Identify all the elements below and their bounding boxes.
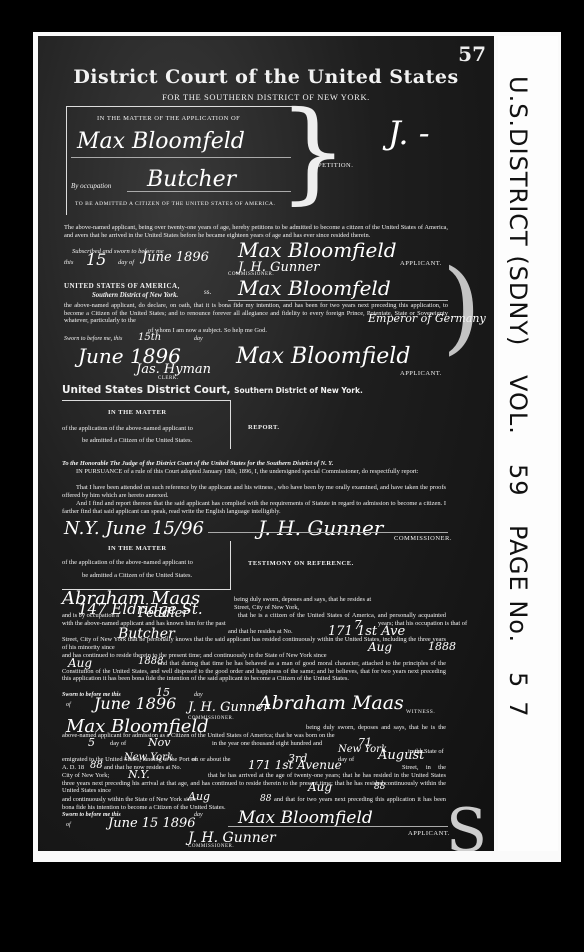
character-text: and that during that time he has behaved… xyxy=(62,660,446,683)
report-box-line1: of the application of the above-named ap… xyxy=(62,425,193,432)
document-sheet: 57 District Court of the United States F… xyxy=(38,36,494,851)
report-para3: And I find and report thereon that the s… xyxy=(62,500,446,515)
spine-page-label: PAGE No. xyxy=(504,525,532,643)
resides-text: and that he resides at No. xyxy=(228,628,293,636)
page-number: 57 xyxy=(458,42,486,66)
petition-day: 15 xyxy=(86,250,106,269)
oath-jurisdiction: UNITED STATES OF AMERICA, xyxy=(64,282,180,290)
day-of-label: day of xyxy=(118,259,134,266)
witness-text: being duly sworn, deposes and says, that… xyxy=(234,596,371,604)
spine-volume-label: VOL. xyxy=(504,375,532,435)
birth-day-of-label: day of xyxy=(110,740,126,748)
us-since-year: 88 xyxy=(374,782,385,792)
testimony-box-heading: IN THE MATTER xyxy=(108,545,167,552)
us-since-month: Aug xyxy=(308,780,332,794)
testimony-witness-signature: Abraham Maas xyxy=(258,692,404,714)
oath-declarant: Max Bloomfeld xyxy=(238,276,391,300)
petition-box: IN THE MATTER OF THE APPLICATION OF Max … xyxy=(66,106,293,215)
report-commissioner-signature: J. H. Gunner xyxy=(258,516,383,540)
document-subtitle: FOR THE SOUTHERN DISTRICT OF NEW YORK. xyxy=(38,92,494,102)
applicant-name: Max Bloomfeld xyxy=(77,129,245,154)
petition-brace: } xyxy=(278,116,348,186)
annotation-mark: J. - xyxy=(388,114,430,152)
document-title: District Court of the United States xyxy=(38,66,494,88)
petition-applicant-label: APPLICANT. xyxy=(400,260,442,267)
oath-day: 15th xyxy=(138,332,161,343)
petition-applicant-signature: Max Bloomfield xyxy=(238,238,397,262)
oath-body-end: of whom I am now a subject. So help me G… xyxy=(148,327,267,335)
spine-page: 57 xyxy=(504,672,532,731)
testimony-date: June 1896 xyxy=(94,694,176,713)
applicant-intro: being duly sworn, deposes and says, that… xyxy=(62,724,446,739)
report-address: To the Honorable The Judge of the Distri… xyxy=(62,460,452,468)
spine-text: U.S.DISTRICT (SDNY) VOL. 59 PAGE No. 57 xyxy=(504,76,532,750)
continued-text: and has continued to reside therein to t… xyxy=(62,652,446,660)
birth-year-text: in the year one thousand eight hundred a… xyxy=(212,740,322,748)
report-box-line2: be admitted a Citizen of the United Stat… xyxy=(82,437,192,444)
petition-box-heading: IN THE MATTER OF THE APPLICATION OF xyxy=(97,115,240,122)
arrival-state: New York xyxy=(124,752,173,763)
spine-court: U.S.DISTRICT (SDNY) xyxy=(504,76,532,346)
applicant-final-signature: Max Bloomfield xyxy=(238,808,373,828)
testimony-witness-label: WITNESS. xyxy=(406,709,435,715)
applicant-sworn-date: June 15 1896 xyxy=(108,816,196,831)
petition-box-footer: TO BE ADMITTED A CITIZEN OF THE UNITED S… xyxy=(75,201,275,207)
applicant-commissioner-label: COMMISSIONER. xyxy=(188,844,234,849)
petition-date: June 1896 xyxy=(142,250,209,265)
report-commissioner-label: COMMISSIONER. xyxy=(394,535,452,542)
spine-label-strip: U.S.DISTRICT (SDNY) VOL. 59 PAGE No. 57 xyxy=(498,36,558,851)
arrival-month: August xyxy=(378,748,424,763)
oath-day-label: day xyxy=(194,336,203,342)
testimony-box-line2: be admitted a Citizen of the United Stat… xyxy=(82,572,192,579)
testimony-commissioner-signature: J. H. Gunner xyxy=(188,700,269,715)
report-para2: That I have been attended on such refere… xyxy=(62,484,446,499)
oath-district: Southern District of New York. xyxy=(92,292,178,299)
report-para1: IN PURSUANCE of a rule of this Court ado… xyxy=(62,468,446,476)
witness-street-text: Street, City of New York, xyxy=(234,604,299,612)
applicant-brace: S xyxy=(446,796,487,851)
oath-brace: ) xyxy=(442,272,481,342)
petition-label: PETITION. xyxy=(318,162,353,169)
oath-sworn-label: Sworn to before me, this xyxy=(64,336,122,342)
occupation-label: By occupation xyxy=(71,182,111,190)
testimony-day-label: day xyxy=(194,692,203,698)
report-box-heading: IN THE MATTER xyxy=(108,409,167,416)
oath-clerk-label: CLERK. xyxy=(158,376,179,381)
report-box: IN THE MATTER of the application of the … xyxy=(62,400,231,449)
oath-ss: ss. xyxy=(204,288,211,296)
report-label: REPORT. xyxy=(248,424,280,431)
this-label: this xyxy=(64,259,73,266)
testimony-box-line1: of the application of the above-named ap… xyxy=(62,559,193,566)
report-court-heading: United States District Court, Southern D… xyxy=(62,384,363,396)
applicant-final-label: APPLICANT. xyxy=(408,830,450,837)
spine-volume: 59 xyxy=(504,464,532,497)
oath-applicant-label: APPLICANT. xyxy=(400,370,442,377)
report-court-name: United States District Court, xyxy=(62,384,230,396)
oath-clerk-signature: Jas. Hyman xyxy=(136,362,211,377)
testimony-box: IN THE MATTER of the application of the … xyxy=(62,541,231,590)
applicant-of-label: of xyxy=(66,822,71,828)
about-text: on or about the xyxy=(192,756,231,764)
report-court-district: Southern District of New York. xyxy=(234,386,363,395)
testimony-label: TESTIMONY ON REFERENCE. xyxy=(248,560,354,567)
testimony-of-label: of xyxy=(66,702,71,708)
oath-applicant-signature: Max Bloomfield xyxy=(236,344,410,369)
petition-body: The above-named applicant, being over tw… xyxy=(64,224,448,239)
occupation: Butcher xyxy=(147,167,236,192)
report-date: N.Y. June 15/96 xyxy=(64,518,204,539)
applicant-body: that he has arrived at the age of twenty… xyxy=(62,772,446,795)
